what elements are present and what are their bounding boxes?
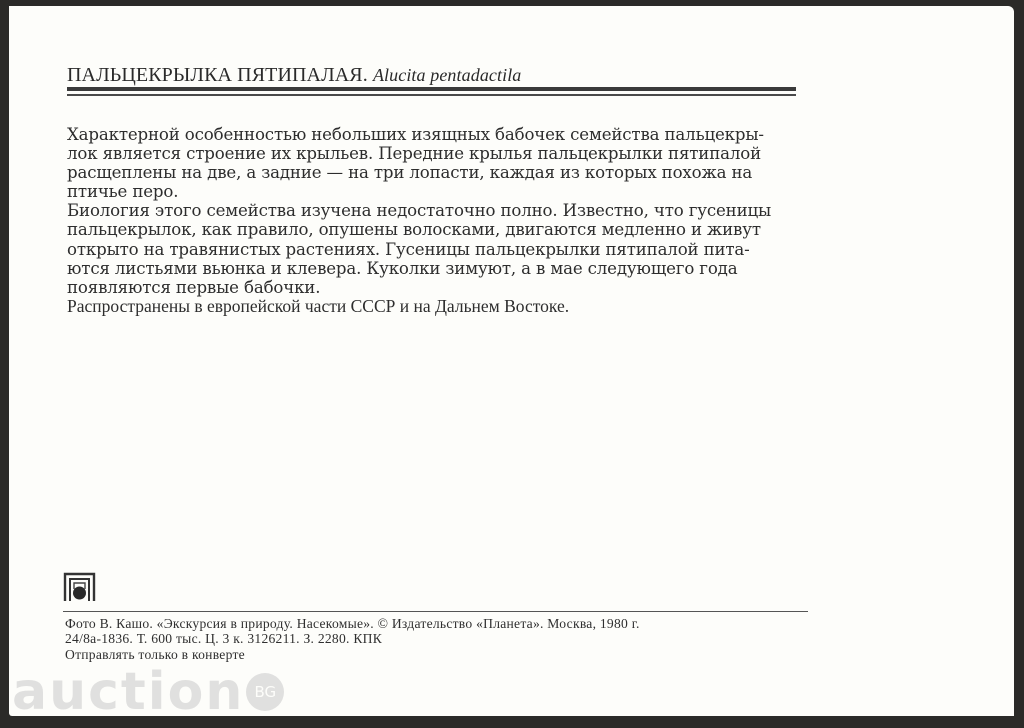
description-line: открыто на травянистых растениях. Гусени… [67, 240, 807, 259]
description-line: лок является строение их крыльев. Передн… [67, 144, 807, 163]
imprint-line: 24/8а-1836. Т. 600 тыс. Ц. 3 к. 3126211.… [65, 631, 640, 646]
description-line: Характерной особенностью небольших изящн… [67, 125, 807, 144]
species-title-russian: ПАЛЬЦЕКРЫЛКА ПЯТИПАЛАЯ. [67, 64, 368, 86]
description-line: ются листьями вьюнка и клевера. Куколки … [67, 259, 807, 278]
footer-rule [63, 611, 808, 612]
species-title-latin: Alucita pentadactila [373, 65, 521, 85]
description-text: Характерной особенностью небольших изящн… [67, 125, 807, 316]
imprint-line: Отправлять только в конверте [65, 647, 640, 662]
description-line: Биология этого семейства изучена недоста… [67, 201, 807, 220]
species-title: ПАЛЬЦЕКРЫЛКА ПЯТИПАЛАЯ. Alucita pentadac… [67, 64, 521, 87]
description-line: Распространены в европейской части СССР … [67, 297, 807, 316]
imprint: Фото В. Кашо. «Экскурсия в природу. Насе… [65, 616, 640, 662]
description-line: птичье перо. [67, 182, 807, 201]
watermark-text: auction [12, 666, 244, 718]
title-rule-thick [67, 87, 796, 91]
auction-watermark: auction BG [12, 666, 284, 718]
publisher-logo-icon [63, 571, 96, 602]
description-line: пальцекрылок, как правило, опушены волос… [67, 220, 807, 239]
description-line: появляются первые бабочки. [67, 278, 807, 297]
title-rule-thin [67, 94, 796, 96]
description-line: расщеплены на две, а задние — на три лоп… [67, 163, 807, 182]
watermark-badge: BG [246, 673, 284, 711]
imprint-line: Фото В. Кашо. «Экскурсия в природу. Насе… [65, 616, 640, 631]
postcard-back: ПАЛЬЦЕКРЫЛКА ПЯТИПАЛАЯ. Alucita pentadac… [9, 6, 1014, 716]
